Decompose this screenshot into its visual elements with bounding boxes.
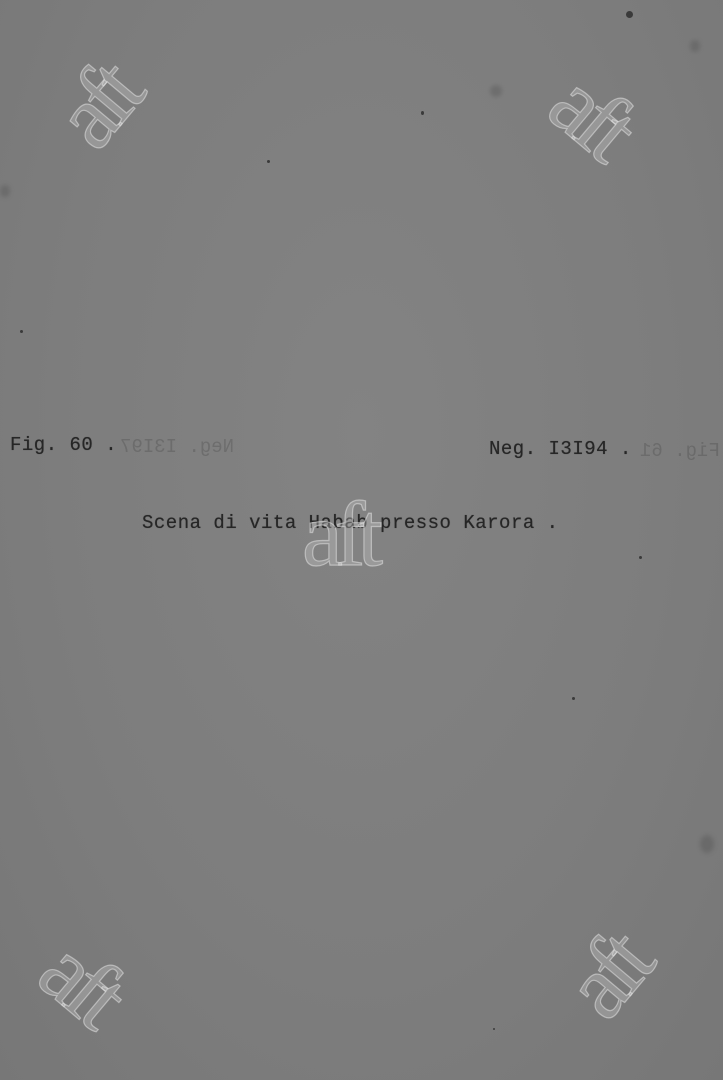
watermark-center: aft bbox=[302, 488, 375, 580]
negative-label: Neg. I3I94 . bbox=[489, 438, 632, 460]
watermark-top-right: aft bbox=[534, 55, 649, 172]
watermark-top-left: aft bbox=[38, 48, 155, 163]
smudge bbox=[700, 835, 714, 853]
dust-speck bbox=[626, 11, 633, 18]
dust-speck bbox=[20, 330, 23, 333]
smudge bbox=[490, 85, 502, 97]
smudge bbox=[0, 185, 10, 197]
bleed-through-figure: Fig. 61 bbox=[640, 440, 720, 462]
figure-label: Fig. 60 . bbox=[10, 434, 117, 456]
scanned-page: Neg. I3I97 Fig. 61 Fig. 60 . Neg. I3I94 … bbox=[0, 0, 723, 1080]
dust-speck bbox=[267, 160, 270, 163]
watermark-bottom-left: aft bbox=[24, 922, 139, 1039]
smudge bbox=[690, 40, 700, 52]
dust-speck bbox=[639, 556, 642, 559]
dust-speck bbox=[572, 697, 575, 700]
dust-speck bbox=[493, 1028, 495, 1030]
watermark-bottom-right: aft bbox=[548, 918, 665, 1033]
bleed-through-negative: Neg. I3I97 bbox=[120, 436, 234, 458]
dust-speck bbox=[421, 111, 424, 115]
